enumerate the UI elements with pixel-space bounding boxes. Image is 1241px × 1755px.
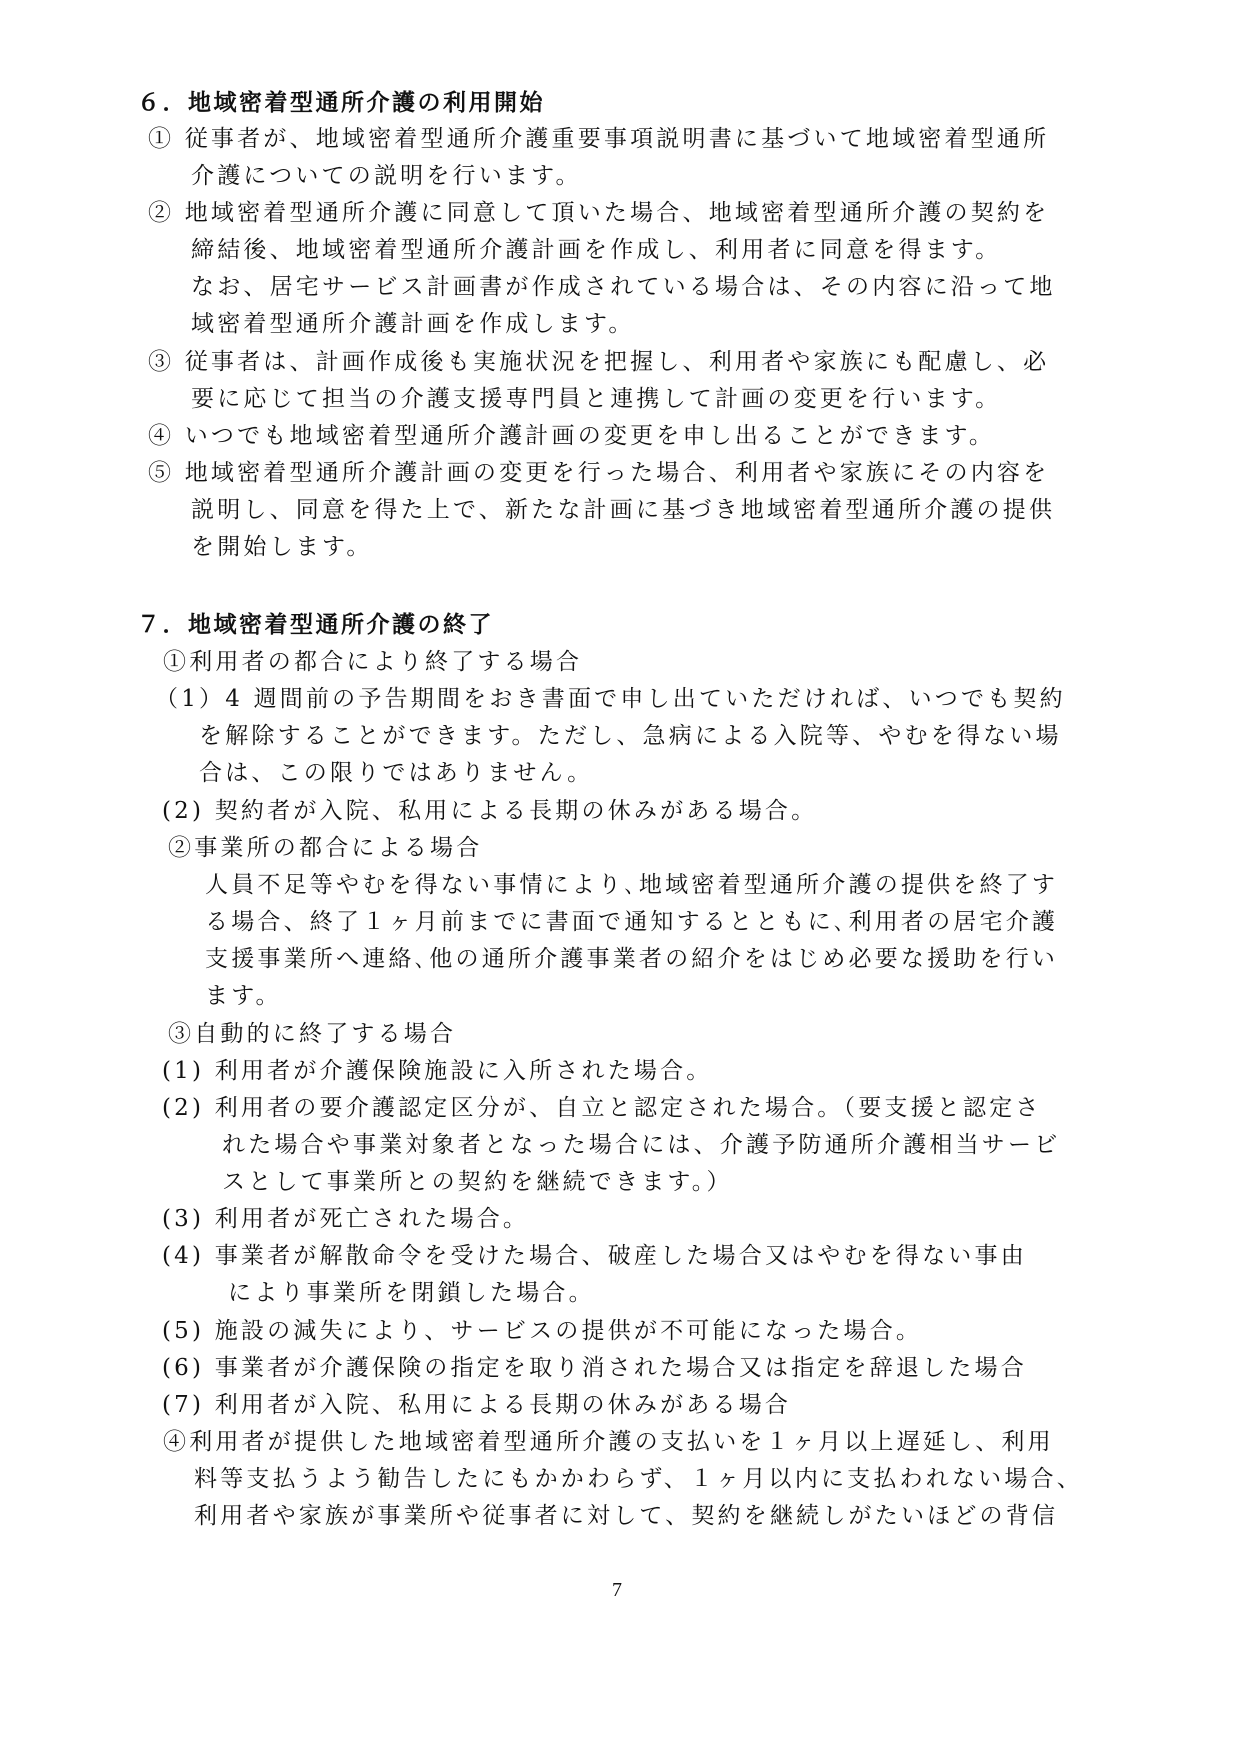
section-6-item-2-line-2: 締結後、地域密着型通所介護計画を作成し、利用者に同意を得ます。 [191, 235, 1001, 265]
section-7-sub-3-item-5: (5) 施設の減失により、サービスの提供が不可能になった場合。 [162, 1316, 922, 1346]
section-7-sub-1-item-1-line-1: （1）4 週間前の予告期間をおき書面で申し出ていただければ、いつでも契約 [155, 684, 1066, 714]
section-7-sub-2-line-2: る場合、終了１ヶ月前までに書面で通知するとともに､利用者の居宅介護 [205, 907, 1058, 937]
section-7-sub-4-line-2: 料等支払うよう勧告したにもかかわらず、１ヶ月以内に支払われない場合、 [194, 1464, 1083, 1494]
section-7-sub-3-item-7: (7) 利用者が入院、私用による長期の休みがある場合 [162, 1390, 791, 1420]
section-6-item-5-line-2: 説明し、同意を得た上で、新たな計画に基づき地域密着型通所介護の提供 [191, 495, 1055, 525]
section-6-item-2-line-4: 域密着型通所介護計画を作成します。 [191, 309, 635, 339]
document-page: ６．地域密着型通所介護の利用開始 ① 従事者が、地域密着型通所介護重要事項説明書… [0, 0, 1241, 1755]
section-7-sub-3-item-4-line-2: により事業所を閉鎖した場合。 [228, 1278, 595, 1308]
section-7-sub-2-line-4: ます。 [205, 981, 282, 1011]
section-6-item-5-line-1: ⑤ 地域密着型通所介護計画の変更を行った場合、利用者や家族にその内容を [148, 458, 1049, 488]
section-6-item-1-line-1: ① 従事者が、地域密着型通所介護重要事項説明書に基づいて地域密着型通所 [148, 124, 1049, 154]
section-6-item-3-line-1: ③ 従事者は、計画作成後も実施状況を把握し、利用者や家族にも配慮し、必 [148, 347, 1049, 377]
section-7-sub-3-item-1: (1) 利用者が介護保険施設に入所された場合。 [162, 1056, 713, 1086]
section-6-item-1-line-2: 介護についての説明を行います。 [191, 161, 582, 191]
section-7-sub-2-line-3: 支援事業所へ連絡､他の通所介護事業者の紹介をはじめ必要な援助を行い [205, 944, 1058, 974]
section-7-heading: ７．地域密着型通所介護の終了 [137, 610, 494, 640]
section-7-sub-3-item-2-line-3: スとして事業所との契約を継続できます。） [222, 1167, 733, 1197]
section-7-sub-3-item-2-line-1: (2) 利用者の要介護認定区分が、自立と認定された場合。（要支援と認定さ [162, 1093, 1042, 1123]
section-6-item-4: ④ いつでも地域密着型通所介護計画の変更を申し出ることができます。 [148, 421, 995, 451]
section-6-item-2-line-1: ② 地域密着型通所介護に同意して頂いた場合、地域密着型通所介護の契約を [148, 198, 1049, 228]
section-7-sub-1-item-2: (2) 契約者が入院、私用による長期の休みがある場合。 [162, 796, 817, 826]
section-7-sub-1-title: ①利用者の都合により終了する場合 [163, 647, 582, 677]
section-6-item-5-line-3: を開始します。 [191, 532, 373, 562]
section-7-sub-4-line-1: ④利用者が提供した地域密着型通所介護の支払いを１ヶ月以上遅延し、利用 [163, 1427, 1054, 1457]
section-7-sub-3-item-3: (3) 利用者が死亡された場合。 [162, 1204, 529, 1234]
section-6-heading: ６．地域密着型通所介護の利用開始 [137, 88, 545, 118]
section-7-sub-2-line-1: 人員不足等やむを得ない事情により､地域密着型通所介護の提供を終了す [205, 870, 1058, 900]
section-7-sub-1-item-1-line-2: を解除することができます。ただし、急病による入院等、やむを得ない場 [199, 721, 1062, 751]
section-7-sub-1-item-1-line-3: 合は、この限りではありません。 [199, 758, 593, 788]
section-6-item-2-line-3: なお、居宅サービス計画書が作成されている場合は、その内容に沿って地 [191, 272, 1056, 302]
section-7-sub-3-item-2-line-2: れた場合や事業対象者となった場合には、介護予防通所介護相当サービ [222, 1130, 1060, 1160]
section-6-item-3-line-2: 要に応じて担当の介護支援専門員と連携して計画の変更を行います。 [191, 384, 1001, 414]
section-7-sub-2-title: ②事業所の都合による場合 [168, 833, 482, 863]
section-7-sub-4-line-3: 利用者や家族が事業所や従事者に対して、契約を継続しがたいほどの背信 [194, 1501, 1058, 1531]
section-7-sub-3-item-6: (6) 事業者が介護保険の指定を取り消された場合又は指定を辞退した場合 [162, 1353, 1027, 1383]
section-7-sub-3-title: ③自動的に終了する場合 [168, 1019, 456, 1049]
section-7-sub-3-item-4-line-1: (4) 事業者が解散命令を受けた場合、破産した場合又はやむを得ない事由 [162, 1241, 1027, 1271]
page-number: 7 [612, 1578, 622, 1602]
